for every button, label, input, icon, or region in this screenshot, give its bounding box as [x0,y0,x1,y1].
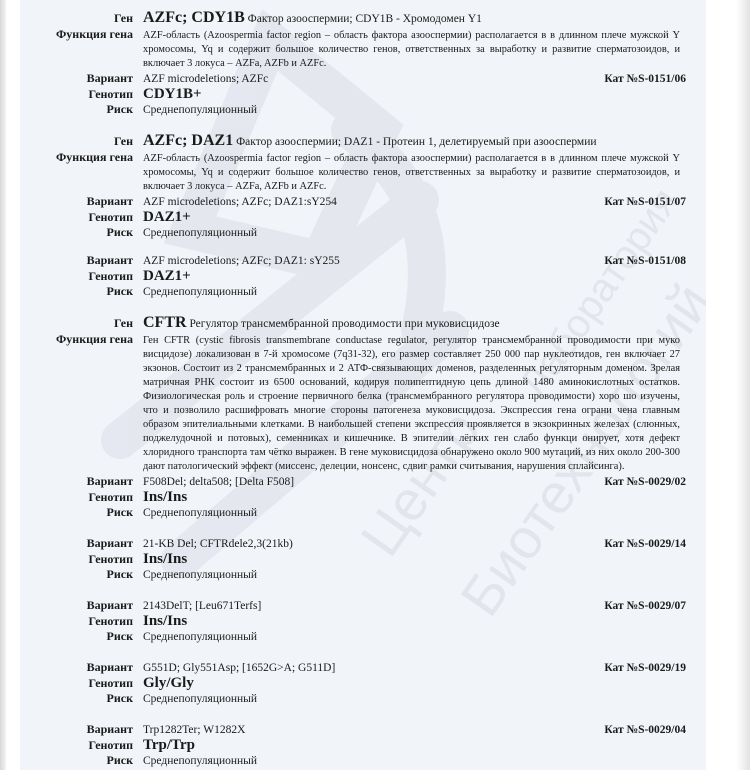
gene-symbol: CFTR [143,314,187,331]
risk-label: Риск [20,225,143,240]
genotype-label: Генотип [20,210,143,225]
variant-label: Вариант [20,598,143,613]
risk-value: Среднепопуляционный [143,692,706,707]
risk-row: РискСреднепопуляционный [20,691,706,707]
gene-label: Ген [20,316,143,331]
gene-function-text: AZF-область (Azoospermia factor region –… [143,29,706,71]
gene-row: Ген CFTR Регулятор трансмембранной прово… [20,315,706,332]
gene-name: Фактор азооспермии; CDY1B - Хромодомен Y… [248,13,482,25]
genotype-row: ГенотипIns/Ins [20,552,706,567]
gene-label: Ген [20,134,143,149]
risk-value: Среднепопуляционный [143,285,706,300]
cftr-variant-list: ВариантF508Del; delta508; [Delta F508]Ка… [20,474,706,769]
variant-row: Вариант21-KB Del; CFTRdele2,3(21kb)Кат №… [20,536,706,552]
function-line: висцидозе) локализован в 7-й хромосоме (… [143,349,670,360]
variant-value: AZF microdeletions; AZFc; DAZ1: sY255 [143,254,604,269]
function-row: Функция гена AZF-область (Azoospermia fa… [20,27,706,71]
risk-value: Среднепопуляционный [143,568,706,583]
genotype-label: Генотип [20,552,143,567]
variant-block: Вариант2143DelT; [Leu671Terfs]Кат №S-002… [20,598,706,645]
risk-row: Риск Среднепопуляционный [20,284,706,300]
function-line: нарушения сплайсинга). [517,461,625,472]
variant-value: 2143DelT; [Leu671Terfs] [143,599,604,614]
genotype-value: Ins/Ins [143,614,706,629]
gene-symbol: AZFc; DAZ1 [143,132,233,149]
gene-section-azfc-daz1: Ген AZFc; DAZ1 Фактор азооспермии; DAZ1 … [20,133,706,300]
gene-label: Ген [20,11,143,26]
genotype-value: DAZ1+ [143,210,706,225]
catalog-number: Кат №S-0151/08 [604,254,706,269]
function-line: Ген CFTR (cystic fibrosis transmembrane … [143,335,680,346]
function-row: Функция гена Ген CFTR (cystic fibrosis t… [20,332,706,474]
catalog-number: Кат №S-0029/19 [604,661,706,676]
variant-row: Вариант AZF microdeletions; AZFc Кат №S-… [20,71,706,87]
risk-value: Среднепопуляционный [143,226,706,241]
genotype-value: CDY1B+ [143,87,706,102]
risk-label: Риск [20,629,143,644]
gene-name: Фактор азооспермии; DAZ1 - Протеин 1, де… [236,136,596,148]
risk-label: Риск [20,505,143,520]
genotype-value: Trp/Trp [143,738,706,753]
function-label: Функция гена [20,27,143,42]
variant-block: ВариантG551D; Gly551Asp; [1652G>A; G511D… [20,660,706,707]
function-line: AZF-область (Azoospermia factor region –… [143,153,672,164]
gene-function-text: Ген CFTR (cystic fibrosis transmembrane … [143,334,706,474]
viewer-scrollbar-track[interactable] [736,0,750,770]
catalog-number: Кат №S-0029/14 [604,537,706,552]
genotype-row: Генотип CDY1B+ [20,87,706,102]
genotype-row: ГенотипGly/Gly [20,676,706,691]
function-label: Функция гена [20,150,143,165]
risk-label: Риск [20,691,143,706]
variant-label: Вариант [20,194,143,209]
catalog-number: Кат №S-0029/07 [604,599,706,614]
risk-label: Риск [20,102,143,117]
variant-row: ВариантF508Del; delta508; [Delta F508]Ка… [20,474,706,490]
variant-value: AZF microdeletions; AZFc [143,72,604,87]
genotype-label: Генотип [20,738,143,753]
genotype-row: ГенотипTrp/Trp [20,738,706,753]
genotype-label: Генотип [20,87,143,102]
risk-value: Среднепопуляционный [143,506,706,521]
function-label: Функция гена [20,332,143,347]
genotype-value: DAZ1+ [143,269,706,284]
catalog-number: Кат №S-0151/07 [604,195,706,210]
genotype-row: ГенотипIns/Ins [20,490,706,505]
variant-row: ВариантG551D; Gly551Asp; [1652G>A; G511D… [20,660,706,676]
variant-block: ВариантTrp1282Ter; W1282XКат №S-0029/04Г… [20,722,706,769]
variant-value: G551D; Gly551Asp; [1652G>A; G511D] [143,661,604,676]
risk-label: Риск [20,753,143,768]
catalog-number: Кат №S-0029/04 [604,723,706,738]
genotype-label: Генотип [20,490,143,505]
genotype-row: ГенотипIns/Ins [20,614,706,629]
risk-value: Среднепопуляционный [143,754,706,769]
genotype-label: Генотип [20,269,143,284]
risk-row: РискСреднепопуляционный [20,629,706,645]
risk-label: Риск [20,567,143,582]
document-page: Центр Биотехнологий Лаборатория Ген AZFc… [20,0,706,770]
risk-row: РискСреднепопуляционный [20,567,706,583]
risk-row: РискСреднепопуляционный [20,505,706,521]
variant-label: Вариант [20,722,143,737]
catalog-number: Кат №S-0151/06 [604,72,706,87]
variant-label: Вариант [20,536,143,551]
risk-row: Риск Среднепопуляционный [20,225,706,241]
genotype-value: Ins/Ins [143,490,706,505]
variant-block: ВариантF508Del; delta508; [Delta F508]Ка… [20,474,706,521]
risk-row: Риск Среднепопуляционный [20,102,706,118]
gene-function-text: AZF-область (Azoospermia factor region –… [143,152,706,194]
variant-label: Вариант [20,71,143,86]
genotype-row: Генотип DAZ1+ [20,269,706,284]
variant-label: Вариант [20,660,143,675]
variant-row: Вариант2143DelT; [Leu671Terfs]Кат №S-002… [20,598,706,614]
variant-row: ВариантTrp1282Ter; W1282XКат №S-0029/04 [20,722,706,738]
gene-section-cftr: Ген CFTR Регулятор трансмембранной прово… [20,315,706,769]
variant-row: Вариант AZF microdeletions; AZFc; DAZ1: … [20,253,706,269]
variant-value: 21-KB Del; CFTRdele2,3(21kb) [143,537,604,552]
variant-value: F508Del; delta508; [Delta F508] [143,475,604,490]
risk-value: Среднепопуляционный [143,103,706,118]
variant-row: Вариант AZF microdeletions; AZFc; DAZ1:s… [20,194,706,210]
variant-block: Вариант21-KB Del; CFTRdele2,3(21kb)Кат №… [20,536,706,583]
variant-label: Вариант [20,474,143,489]
gene-row: Ген AZFc; CDY1B Фактор азооспермии; CDY1… [20,10,706,27]
viewer-left-edge [0,0,6,770]
gene-section-azfc-cdy1b: Ген AZFc; CDY1B Фактор азооспермии; CDY1… [20,10,706,118]
genotype-value: Gly/Gly [143,676,706,691]
function-row: Функция гена AZF-область (Azoospermia fa… [20,150,706,194]
genotype-value: Ins/Ins [143,552,706,567]
genotype-label: Генотип [20,614,143,629]
risk-value: Среднепопуляционный [143,630,706,645]
function-line: AZF-область (Azoospermia factor region –… [143,30,672,41]
catalog-number: Кат №S-0029/02 [604,475,706,490]
risk-label: Риск [20,284,143,299]
genotype-row: Генотип DAZ1+ [20,210,706,225]
genotype-label: Генотип [20,676,143,691]
variant-value: Trp1282Ter; W1282X [143,723,604,738]
genetics-report: Ген AZFc; CDY1B Фактор азооспермии; CDY1… [20,10,706,769]
variant-value: AZF microdeletions; AZFc; DAZ1:sY254 [143,195,604,210]
gene-name: Регулятор трансмембранной проводимости п… [189,318,499,330]
gene-row: Ген AZFc; DAZ1 Фактор азооспермии; DAZ1 … [20,133,706,150]
variant-label: Вариант [20,253,143,268]
risk-row: РискСреднепопуляционный [20,753,706,769]
gene-symbol: AZFc; CDY1B [143,9,245,26]
